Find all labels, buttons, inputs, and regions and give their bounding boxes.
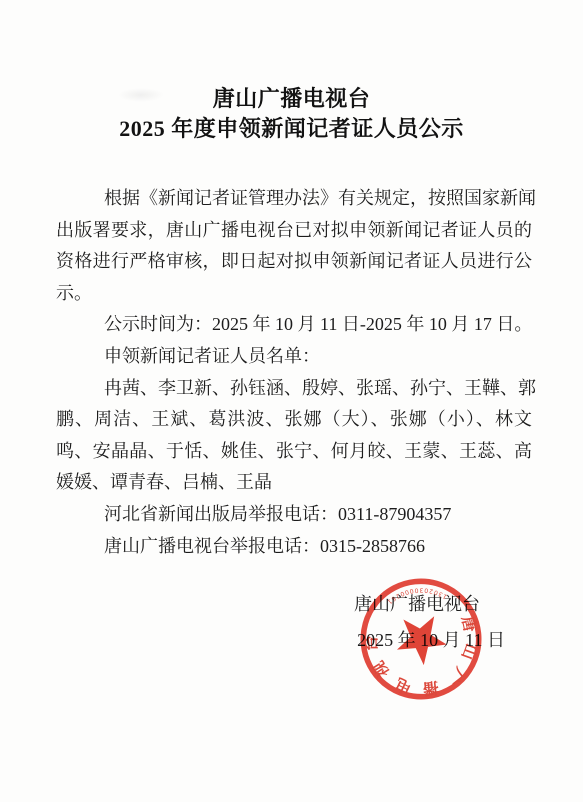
document-page: 唐山广播电视台 2025 年度申领新闻记者证人员公示 根据《新闻记者证管理办法》… <box>0 0 583 802</box>
name-list-line: 冉茜、李卫新、孙钰涵、殷婷、张瑶、孙宁、王鞾、郭 <box>56 373 532 405</box>
document-body: 根据《新闻记者证管理办法》有关规定，按照国家新闻 出版署要求，唐山广播电视台已对… <box>56 183 532 562</box>
body-line: 根据《新闻记者证管理办法》有关规定，按照国家新闻 <box>56 183 532 215</box>
document-title: 唐山广播电视台 2025 年度申领新闻记者证人员公示 <box>0 84 583 144</box>
signature-org: 唐山广播电视台 <box>354 590 480 616</box>
provincial-report-phone-line: 河北省新闻出版局举报电话：0311-87904357 <box>56 499 532 531</box>
body-line: 示。 <box>56 278 532 310</box>
name-list-line: 鸣、安晶晶、于恬、姚佳、张宁、何月皎、王蒙、王蕊、高 <box>56 436 532 468</box>
station-report-phone-line: 唐山广播电视台举报电话：0315-2858766 <box>56 531 532 563</box>
title-line-2: 2025 年度申领新闻记者证人员公示 <box>0 114 583 144</box>
name-list-line: 媛媛、谭青春、吕楠、王晶 <box>56 467 532 499</box>
publicity-period-line: 公示时间为：2025 年 10 月 11 日-2025 年 10 月 17 日。 <box>56 309 532 341</box>
name-list-line: 鹏、周洁、王斌、葛洪波、张娜（大）、张娜（小）、林文 <box>56 404 532 436</box>
signature-date: 2025 年 10 月 11 日 <box>357 626 505 652</box>
body-line: 资格进行严格审核，即日起对拟申领新闻记者证人员进行公 <box>56 246 532 278</box>
title-line-1: 唐山广播电视台 <box>0 84 583 114</box>
name-list-heading: 申领新闻记者证人员名单： <box>56 341 532 373</box>
body-line: 出版署要求，唐山广播电视台已对拟申领新闻记者证人员的 <box>56 215 532 247</box>
